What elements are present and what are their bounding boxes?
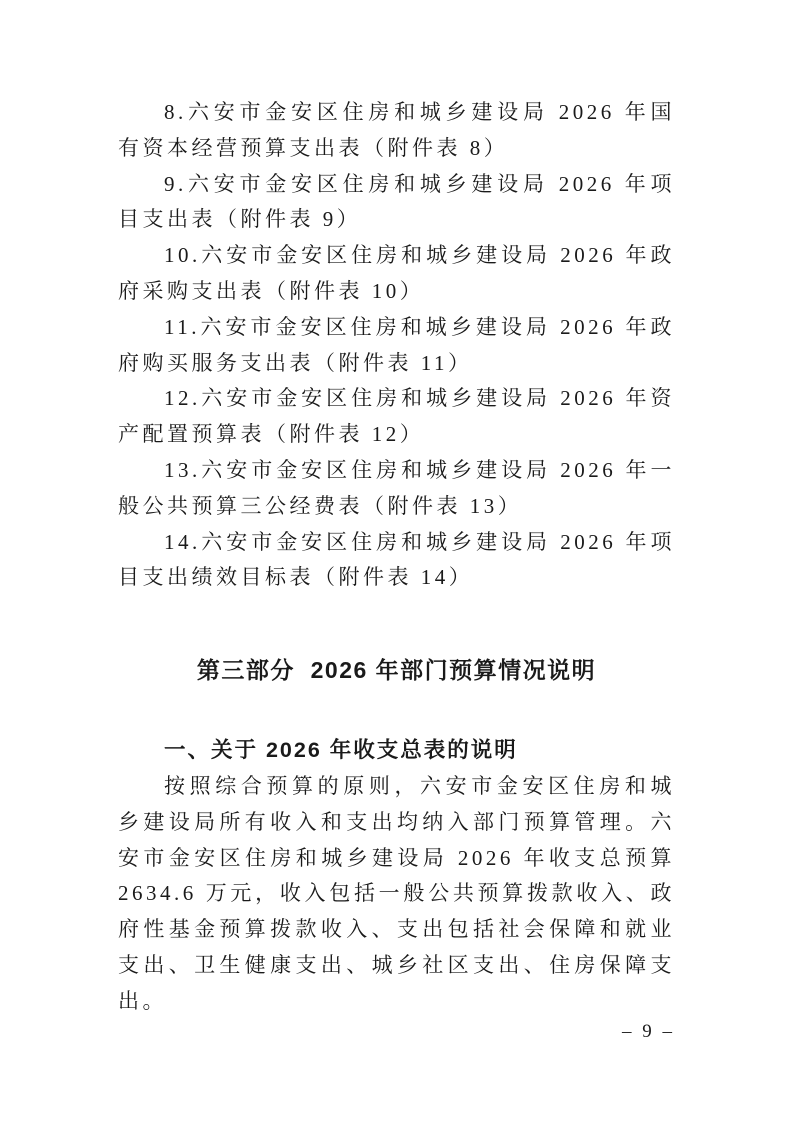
attachment-list-item: 13.六安市金安区住房和城乡建设局 2026 年一般公共预算三公经费表（附件表 …	[118, 453, 675, 525]
attachment-list-item: 11.六安市金安区住房和城乡建设局 2026 年政府购买服务支出表（附件表 11…	[118, 310, 675, 382]
subsection-heading: 一、关于 2026 年收支总表的说明	[118, 733, 675, 769]
section-heading: 第三部分 2026 年部门预算情况说明	[118, 652, 675, 688]
page-number: – 9 –	[622, 1021, 675, 1043]
attachment-list-item: 14.六安市金安区住房和城乡建设局 2026 年项目支出绩效目标表（附件表 14…	[118, 525, 675, 597]
attachment-list-item: 9.六安市金安区住房和城乡建设局 2026 年项目支出表（附件表 9）	[118, 167, 675, 239]
attachment-list-item: 10.六安市金安区住房和城乡建设局 2026 年政府采购支出表（附件表 10）	[118, 238, 675, 310]
attachment-list-item: 8.六安市金安区住房和城乡建设局 2026 年国有资本经营预算支出表（附件表 8…	[118, 95, 675, 167]
document-page: 8.六安市金安区住房和城乡建设局 2026 年国有资本经营预算支出表（附件表 8…	[0, 0, 793, 1122]
body-paragraph: 按照综合预算的原则，六安市金安区住房和城乡建设局所有收入和支出均纳入部门预算管理…	[118, 769, 675, 1020]
attachment-list: 8.六安市金安区住房和城乡建设局 2026 年国有资本经营预算支出表（附件表 8…	[118, 95, 675, 596]
document-content: 8.六安市金安区住房和城乡建设局 2026 年国有资本经营预算支出表（附件表 8…	[118, 95, 675, 1020]
attachment-list-item: 12.六安市金安区住房和城乡建设局 2026 年资产配置预算表（附件表 12）	[118, 381, 675, 453]
